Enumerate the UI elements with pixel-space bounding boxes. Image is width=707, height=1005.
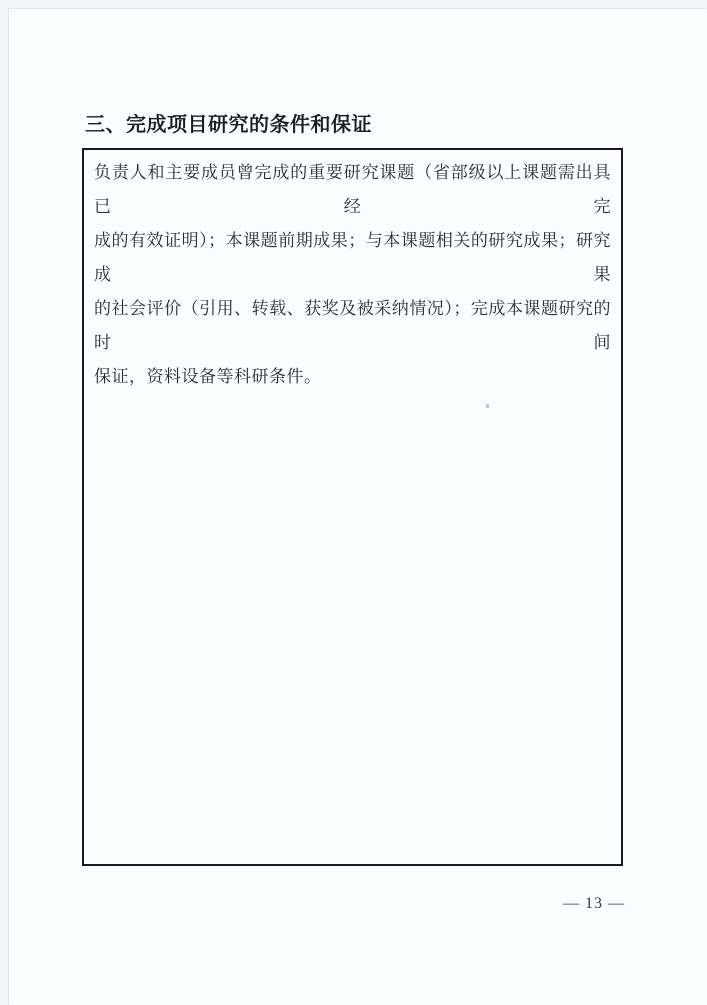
document-page: 三、完成项目研究的条件和保证 负责人和主要成员曾完成的重要研究课题（省部级以上课…: [9, 9, 707, 1005]
conditions-guarantee-box: 负责人和主要成员曾完成的重要研究课题（省部级以上课题需出具已经完 成的有效证明）…: [82, 148, 623, 866]
body-line-4: 保证，资料设备等科研条件。: [94, 360, 611, 394]
body-line-3: 的社会评价（引用、转载、获奖及被采纳情况）；完成本课题研究的时间: [94, 292, 611, 360]
page-number: — 13 —: [529, 895, 659, 913]
scan-artifact-dot: [486, 404, 489, 408]
section-heading: 三、完成项目研究的条件和保证: [85, 111, 372, 139]
body-line-1: 负责人和主要成员曾完成的重要研究课题（省部级以上课题需出具已经完: [94, 156, 611, 224]
body-line-2: 成的有效证明）；本课题前期成果；与本课题相关的研究成果；研究成果: [94, 224, 611, 292]
